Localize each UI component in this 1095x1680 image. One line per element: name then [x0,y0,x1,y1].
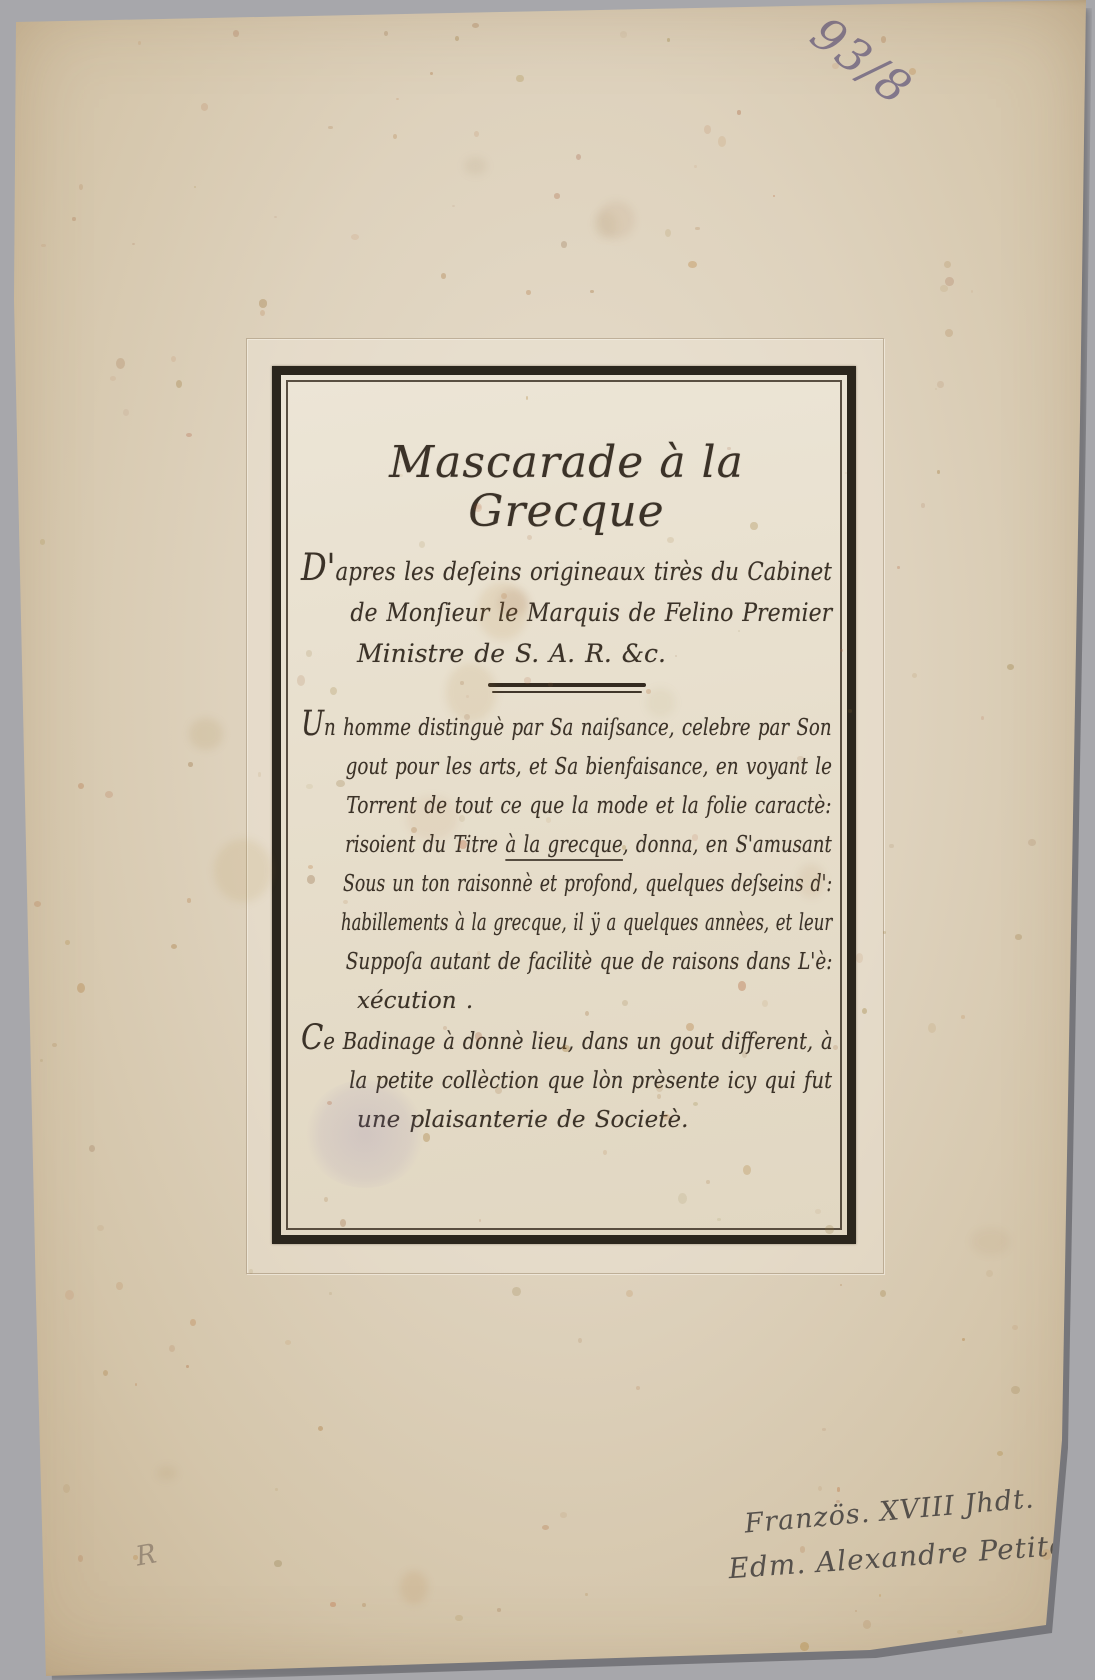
foxing-spot [274,1560,282,1567]
foxing-spot [351,234,360,241]
foxing-spot [393,134,398,139]
foxing-spot [1012,1325,1018,1330]
foxing-spot [188,762,193,766]
foxing-spot [718,136,726,146]
foxing-spot [116,1282,123,1290]
foxing-spot [52,1043,57,1047]
foxing-spot [1011,1386,1020,1394]
foxing-spot [330,1602,335,1606]
closing-line: Ce Badinage à donnè lieu, dans un gout d… [301,1023,750,1062]
foxing-spot [597,201,634,239]
foxing-spot [945,329,953,337]
foxing-spot [97,1225,104,1231]
foxing-spot [889,844,894,849]
foxing-spot [32,1378,36,1382]
foxing-spot [362,1603,366,1607]
foxing-spot [78,1555,84,1562]
foxing-spot [452,205,455,207]
foxing-spot [880,1290,886,1297]
foxing-spot [441,273,446,279]
foxing-spot [937,470,941,474]
foxing-spot [78,783,84,789]
foxing-spot [986,1270,993,1277]
foxing-spot [259,299,267,307]
foxing-spot [576,154,581,160]
foxing-spot [274,216,276,218]
foxing-spot [1028,839,1036,846]
foxing-spot [171,944,177,949]
foxing-spot [233,30,240,37]
paper-sheet: 93/8 Mascarade à la Grecque D'apres les … [0,0,1095,1680]
foxing-spot [560,1512,567,1517]
foxing-spot [879,1594,881,1597]
foxing-spot [430,72,433,75]
foxing-spot [818,1486,822,1491]
pencil-note-classification: Französ. XVIII Jhdt. [743,1483,1035,1539]
foxing-spot [833,1045,838,1050]
foxing-spot [135,1383,137,1386]
foxing-spot [77,983,85,994]
foxing-spot [704,125,711,134]
imprint-block: D'apres les deſeins origineaux tirès du … [301,551,832,674]
body-line: Torrent de tout ce que la mode et la fol… [301,787,731,826]
foxing-spot [123,409,129,416]
foxing-spot [636,1386,640,1390]
body-line: xécution . [301,982,832,1021]
foxing-spot [626,1290,633,1298]
body-line: Un homme distinguè par Sa naiſsance, cel… [301,709,721,748]
archival-number-annotation: 93/8 [801,6,922,116]
foxing-spot [945,277,953,286]
foxing-spot [40,1059,43,1062]
foxing-spot [694,165,697,168]
foxing-spot [921,503,925,508]
foxing-spot [157,1466,177,1481]
foxing-spot [464,157,487,176]
faded-stamp [304,1080,426,1188]
pencil-scribble: R [133,1538,158,1572]
foxing-spot [455,1615,463,1622]
imprint-line: Ministre de S. A. R. &c. [301,633,832,674]
body-line-post: , donna, en S'amusant [623,832,832,858]
foxing-spot [928,1023,936,1033]
foxing-spot [620,31,627,38]
foxing-spot [318,1426,323,1431]
foxing-spot [935,388,937,390]
foxing-spot [455,36,459,40]
foxing-spot [590,290,594,293]
foxing-spot [1015,934,1023,940]
scan-canvas: 93/8 Mascarade à la Grecque D'apres les … [0,0,1095,1680]
foxing-spot [189,718,223,750]
foxing-spot [737,110,741,114]
body-text-block: Un homme distinguè par Sa naiſsance, cel… [301,709,832,1021]
foxing-spot [667,38,670,41]
foxing-spot [695,227,700,231]
body-line: Suppoſa autant de facilitè que de raison… [301,943,726,982]
foxing-spot [30,1380,34,1384]
foxing-spot [169,1345,175,1352]
divider-rule-thick [488,683,646,687]
foxing-spot [957,1630,963,1634]
foxing-spot [940,285,948,292]
foxing-spot [474,131,479,137]
foxing-spot [937,381,944,388]
imprint-line: de Monſieur le Marquis de Felino Premier [301,592,769,633]
foxing-spot [187,898,192,903]
foxing-spot [329,1292,331,1295]
foxing-spot [472,23,479,28]
foxing-spot [275,1488,278,1492]
foxing-spot [103,1370,108,1376]
foxing-spot [190,1319,196,1326]
foxing-spot [855,1610,857,1612]
foxing-spot [384,31,388,36]
foxing-spot [110,376,117,382]
foxing-spot [171,356,176,362]
double-rule-divider [301,683,832,693]
foxing-spot [665,229,671,237]
foxing-spot [594,212,617,238]
foxing-spot [561,241,567,248]
foxing-spot [962,1338,965,1342]
foxing-spot [396,98,399,100]
foxing-spot [837,1487,841,1491]
foxing-spot [497,1608,501,1611]
foxing-spot [328,126,333,130]
foxing-spot [800,1642,809,1651]
foxing-spot [897,566,900,569]
foxing-spot [201,103,208,111]
foxing-spot [285,1340,291,1345]
foxing-spot [105,791,113,798]
foxing-spot [981,716,985,720]
foxing-spot [912,673,917,678]
foxing-spot [863,1620,871,1628]
foxing-spot [516,75,523,83]
foxing-spot [186,1365,189,1368]
foxing-spot [1007,664,1014,670]
foxing-spot [63,1484,71,1494]
foxing-spot [688,261,697,268]
foxing-spot [260,310,265,316]
foxing-spot [194,186,196,188]
imprint-line: D'apres les deſeins origineaux tirès du … [301,551,754,592]
body-line: Sous un ton raisonnè et profond, quelque… [301,865,700,904]
foxing-spot [41,244,46,247]
body-line-with-underline: risoient du Titre à la grecque, donna, e… [301,826,720,865]
foxing-spot [971,1228,1010,1256]
foxing-spot [65,940,71,945]
foxing-spot [578,1338,582,1343]
foxing-spot [400,1571,428,1604]
frame-inner-border: Mascarade à la Grecque D'apres les deſei… [286,380,842,1230]
foxing-spot [542,1525,549,1530]
underlined-phrase: à la grecque [505,832,622,861]
foxing-spot [65,1290,74,1300]
foxing-spot [34,901,42,907]
foxing-spot [554,193,560,198]
body-line: gout pour les arts, et Sa bienfaisance, … [301,748,724,787]
foxing-spot [138,41,141,45]
foxing-spot [971,290,974,293]
foxing-spot [116,358,125,369]
foxing-spot [79,184,83,190]
foxing-spot [997,1451,1003,1456]
plate-title: Mascarade à la Grecque [301,438,832,537]
foxing-spot [72,217,76,222]
foxing-spot [840,1284,842,1286]
foxing-spot [773,195,775,197]
foxing-spot [944,261,951,268]
foxing-spot [132,243,136,246]
foxing-spot [526,290,531,295]
foxing-spot [822,1428,826,1431]
divider-rule-thin [492,691,642,693]
foxing-spot [186,433,192,437]
foxing-spot [585,1593,588,1597]
foxing-spot [176,380,182,388]
body-line: habillements à la grecque, il ÿ a quelqu… [301,904,681,943]
foxing-spot [40,539,45,544]
foxing-spot [961,1015,965,1018]
foxing-spot [512,1287,520,1296]
body-line-pre: risoient du Titre [345,832,505,858]
engraved-frame: Mascarade à la Grecque D'apres les deſei… [272,366,856,1244]
foxing-spot [89,1145,95,1152]
